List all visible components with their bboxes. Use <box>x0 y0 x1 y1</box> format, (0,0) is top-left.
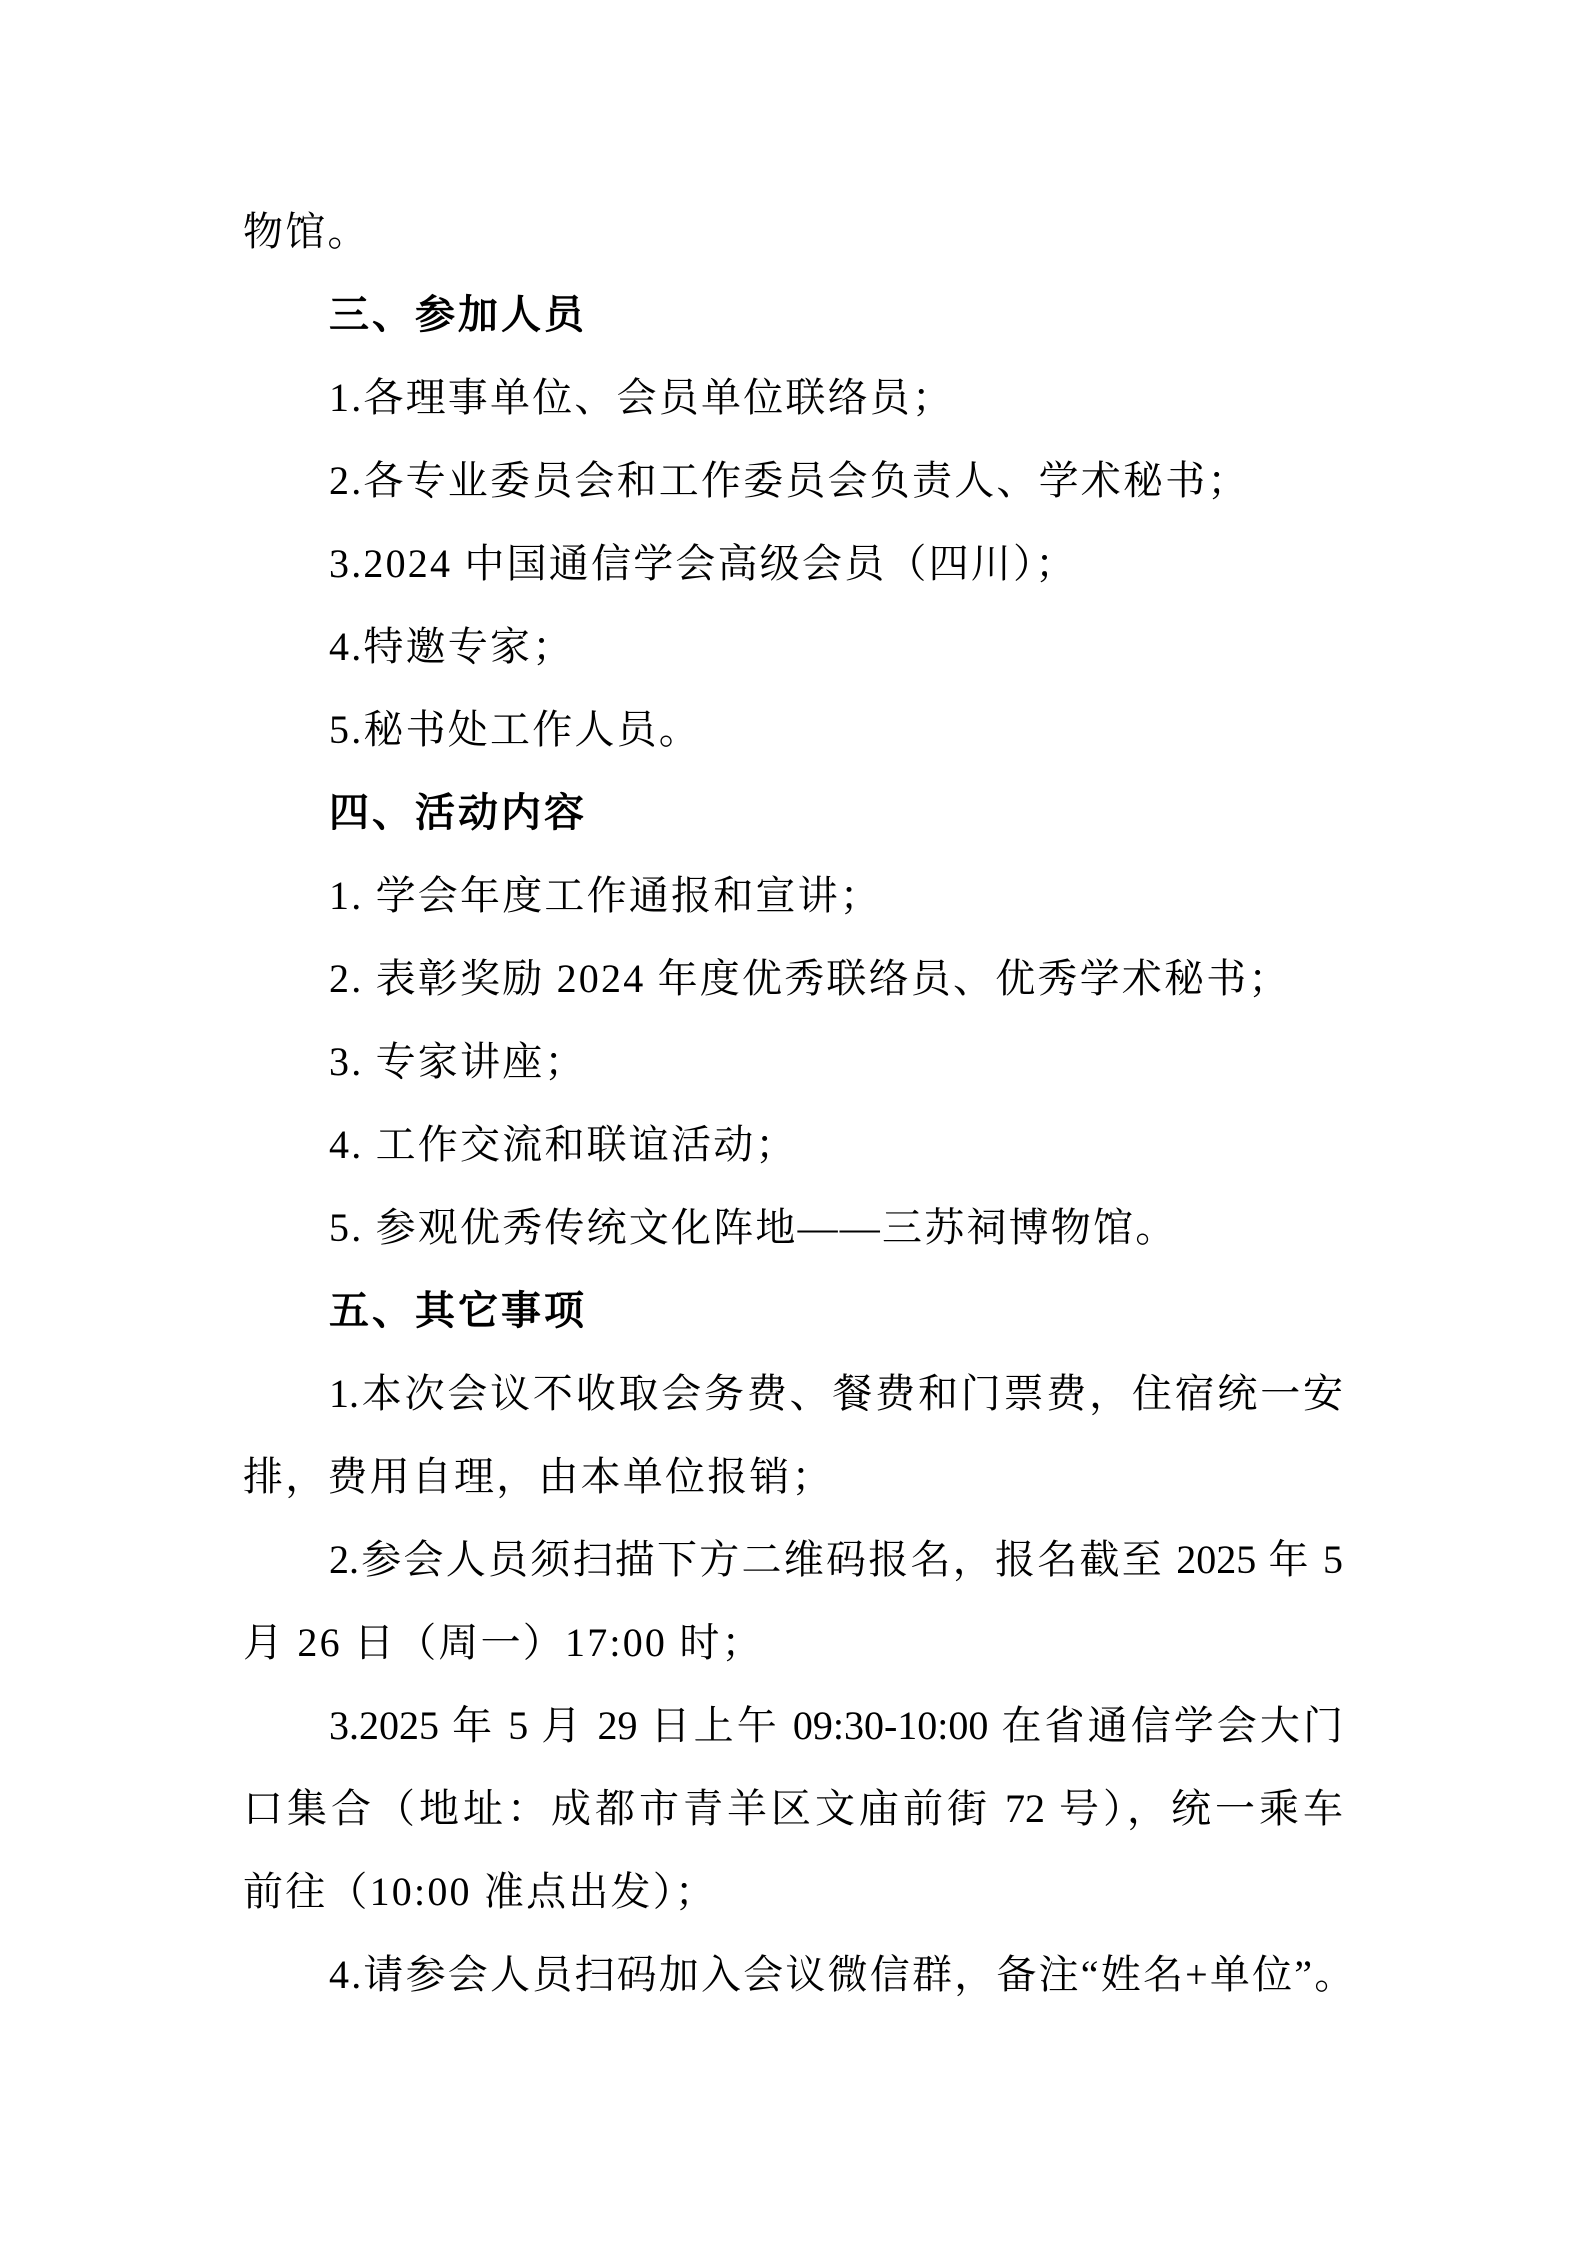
section-heading-activities: 四、活动内容 <box>243 788 1343 871</box>
document-page: 物馆。 三、参加人员 1.各理事单位、会员单位联络员； 2.各专业委员会和工作委… <box>243 207 1343 2033</box>
list-item: 4. 工作交流和联谊活动； <box>243 1120 1343 1203</box>
continuation-line: 物馆。 <box>243 207 1343 290</box>
paragraph-registration-line2: 月 26 日（周一）17:00 时； <box>243 1618 1343 1701</box>
list-item: 4.特邀专家； <box>243 622 1343 705</box>
list-item: 5.秘书处工作人员。 <box>243 705 1343 788</box>
list-item: 3.2024 中国通信学会高级会员（四川）； <box>243 539 1343 622</box>
section-heading-other-matters: 五、其它事项 <box>243 1286 1343 1369</box>
paragraph-fees-line2: 排，费用自理，由本单位报销； <box>243 1452 1343 1535</box>
list-item: 1.各理事单位、会员单位联络员； <box>243 373 1343 456</box>
list-item: 2.各专业委员会和工作委员会负责人、学术秘书； <box>243 456 1343 539</box>
list-item: 2. 表彰奖励 2024 年度优秀联络员、优秀学术秘书； <box>243 954 1343 1037</box>
paragraph-wechat-group: 4.请参会人员扫码加入会议微信群，备注“姓名+单位”。 <box>243 1950 1343 2033</box>
paragraph-fees-line1: 1.本次会议不收取会务费、餐费和门票费，住宿统一安 <box>243 1369 1343 1452</box>
list-item: 5. 参观优秀传统文化阵地——三苏祠博物馆。 <box>243 1203 1343 1286</box>
list-item: 3. 专家讲座； <box>243 1037 1343 1120</box>
paragraph-assembly-line3: 前往（10:00 准点出发）； <box>243 1867 1343 1950</box>
paragraph-assembly-line2: 口集合（地址：成都市青羊区文庙前街 72 号），统一乘车 <box>243 1784 1343 1867</box>
section-heading-participants: 三、参加人员 <box>243 290 1343 373</box>
list-item: 1. 学会年度工作通报和宣讲； <box>243 871 1343 954</box>
paragraph-registration-line1: 2.参会人员须扫描下方二维码报名，报名截至 2025 年 5 <box>243 1535 1343 1618</box>
paragraph-assembly-line1: 3.2025 年 5 月 29 日上午 09:30-10:00 在省通信学会大门 <box>243 1701 1343 1784</box>
